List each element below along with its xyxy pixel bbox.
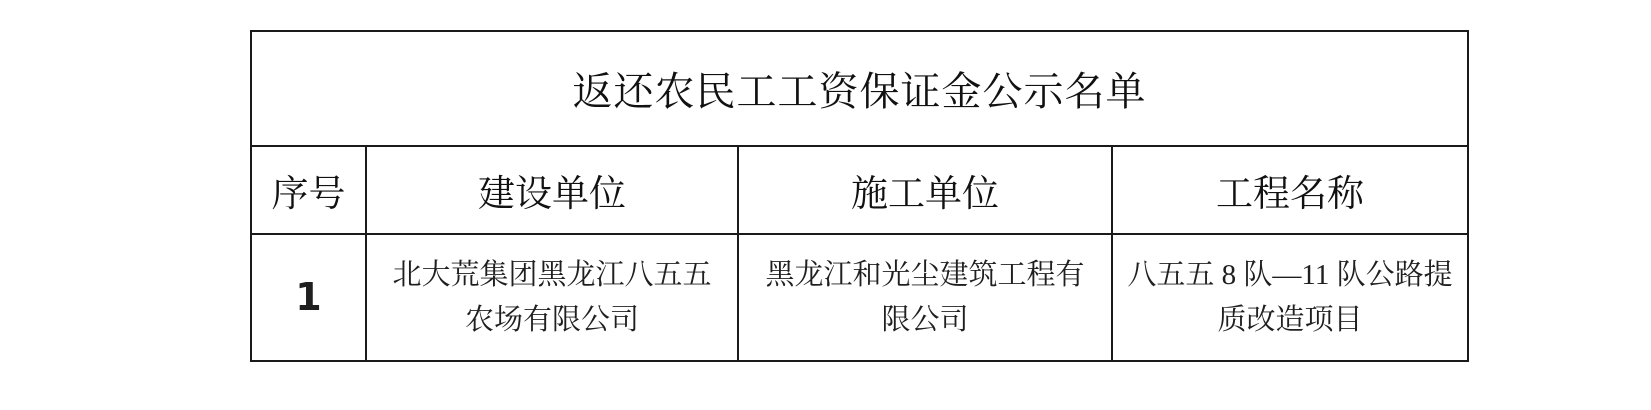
cell-seq: 1 [251, 234, 366, 361]
table-row: 1 北大荒集团黑龙江八五五农场有限公司 黑龙江和光尘建筑工程有限公司 八五五 8… [251, 234, 1468, 361]
table-header-row: 序号 建设单位 施工单位 工程名称 [251, 146, 1468, 234]
cell-contractor: 黑龙江和光尘建筑工程有限公司 [738, 234, 1112, 361]
column-header-project-name: 工程名称 [1112, 146, 1468, 234]
cell-construction-unit: 北大荒集团黑龙江八五五农场有限公司 [366, 234, 738, 361]
page: 返还农民工工资保证金公示名单 序号 建设单位 施工单位 工程名称 1 北大荒集团… [0, 0, 1651, 410]
column-header-construction-unit: 建设单位 [366, 146, 738, 234]
cell-project-name: 八五五 8 队—11 队公路提质改造项目 [1112, 234, 1468, 361]
column-header-contractor: 施工单位 [738, 146, 1112, 234]
table-title-row: 返还农民工工资保证金公示名单 [251, 31, 1468, 146]
wage-deposit-return-table: 返还农民工工资保证金公示名单 序号 建设单位 施工单位 工程名称 1 北大荒集团… [250, 30, 1469, 362]
column-header-seq: 序号 [251, 146, 366, 234]
table-title: 返还农民工工资保证金公示名单 [251, 31, 1468, 146]
